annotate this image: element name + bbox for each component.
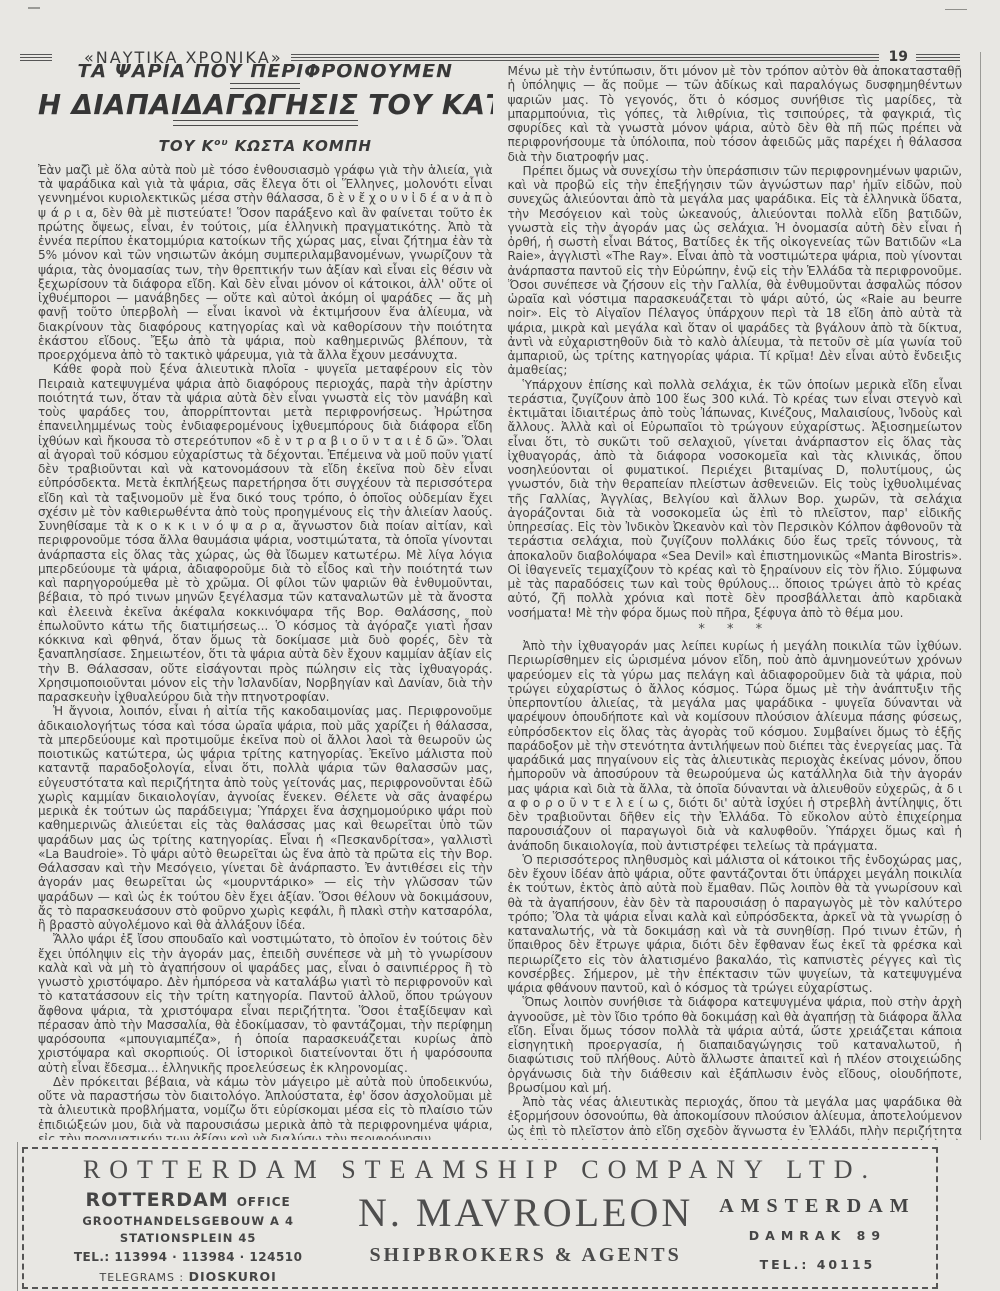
ad-content-row: ROTTERDAMOFFICE GROOTHANDELSGEBOUW A 4 S… bbox=[24, 1187, 936, 1284]
left-column: ΤΑ ΨΑΡΙΑ ΠΟΥ ΠΕΡΙΦΡΟΝΟΥΜΕΝ Η ΔΙΑΠΑΙΔΑΓΩΓ… bbox=[38, 64, 493, 1140]
article-paragraph: Πρέπει ὅμως νὰ συνεχίσω τὴν ὑπεράσπισιν … bbox=[508, 164, 963, 378]
ad-agent-name: N. MAVROLEON bbox=[352, 1189, 699, 1236]
magazine-page: «ΝΑΥΤΙΚΑ ΧΡΟΝΙΚΑ» 19 ΤΑ ΨΑΡΙΑ ΠΟΥ ΠΕΡΙΦΡ… bbox=[0, 0, 1000, 1291]
ad-rotterdam-office: ROTTERDAMOFFICE GROOTHANDELSGEBOUW A 4 S… bbox=[24, 1187, 352, 1284]
byline-author: ΚΩΣΤΑ ΚΟΜΠΗ bbox=[235, 137, 372, 155]
header-rule-middle bbox=[291, 54, 879, 61]
advertisement-box: ROTTERDAM STEAMSHIP COMPANY LTD. ROTTERD… bbox=[22, 1147, 938, 1289]
right-column: Μένω μὲ τὴν ἐντύπωσιν, ὅτι μόνον μὲ τὸν … bbox=[508, 64, 963, 1140]
header-rule-left bbox=[20, 54, 52, 61]
ad-agent-block: N. MAVROLEON SHIPBROKERS & AGENTS bbox=[352, 1187, 699, 1284]
section-separator: * * * bbox=[508, 623, 963, 637]
article-paragraph: Ἀπὸ τὴν ἰχθυαγοράν μας λείπει κυρίως ἡ μ… bbox=[508, 639, 963, 853]
article-paragraph: Ὅπως λοιπὸν συνήθισε τὰ διάφορα κατεψυγμ… bbox=[508, 995, 963, 1095]
article-paragraph: Ὁ περισσότερος πληθυσμὸς καὶ μάλιστα οἱ … bbox=[508, 853, 963, 996]
ad-amsterdam-tel: TEL.: 40115 bbox=[699, 1257, 936, 1272]
ad-amsterdam-address: DAMRAK 89 bbox=[699, 1228, 936, 1243]
ad-company-name: ROTTERDAM STEAMSHIP COMPANY LTD. bbox=[24, 1155, 936, 1185]
ad-rotterdam-address2: STATIONSPLEIN 45 bbox=[24, 1231, 352, 1245]
byline-superscript: ου bbox=[214, 138, 228, 148]
headline-block: ΤΑ ΨΑΡΙΑ ΠΟΥ ΠΕΡΙΦΡΟΝΟΥΜΕΝ Η ΔΙΑΠΑΙΔΑΓΩΓ… bbox=[38, 64, 493, 153]
page-number: 19 bbox=[889, 49, 908, 65]
article-paragraph: Ὑπάρχουν ἐπίσης καὶ πολλὰ σελάχια, ἐκ τῶ… bbox=[508, 378, 963, 620]
article-paragraph: Ἄλλο ψάρι ἐξ ἴσου σπουδαῖο καὶ νοστιμώτα… bbox=[38, 932, 493, 1075]
article-title: Η ΔΙΑΠΑΙΔΑΓΩΓΗΣΙΣ ΤΟΥ ΚΑΤΑΝΑΛΩΤΟΥ bbox=[38, 98, 493, 112]
scan-mark-top-left bbox=[28, 7, 40, 9]
ad-telegrams-label: TELEGRAMS : bbox=[99, 1271, 184, 1284]
ad-office-label: OFFICE bbox=[237, 1195, 291, 1209]
article-byline: ΤΟΥ Κου ΚΩΣΤΑ ΚΟΜΠΗ bbox=[38, 136, 493, 153]
ad-rotterdam-tel: TEL.: 113994 · 113984 · 124510 bbox=[24, 1250, 352, 1264]
ad-telegrams-code: DIOSKUROI bbox=[189, 1269, 277, 1284]
article-paragraph: Ἀπὸ τὰς νέας ἁλιευτικὰς περιοχάς, ὅπου τ… bbox=[508, 1095, 963, 1140]
ad-amsterdam-city: AMSTERDAM bbox=[699, 1195, 936, 1218]
article-paragraph: Δὲν πρόκειται βέβαια, νὰ κάμω τὸν μάγειρ… bbox=[38, 1075, 493, 1140]
article-paragraph: Μένω μὲ τὴν ἐντύπωσιν, ὅτι μόνον μὲ τὸν … bbox=[508, 64, 963, 164]
ad-agent-role: SHIPBROKERS & AGENTS bbox=[352, 1244, 699, 1267]
article-paragraph: Κάθε φορὰ ποὺ ξένα ἁλιευτικὰ πλοῖα - ψυγ… bbox=[38, 362, 493, 704]
scan-edge-left bbox=[17, 1142, 18, 1291]
byline-prefix: ΤΟΥ Κ bbox=[159, 137, 215, 155]
article-paragraph: Ἡ ἄγνοια, λοιπόν, εἶναι ἡ αἰτία τῆς κακο… bbox=[38, 704, 493, 932]
header-rule-right bbox=[916, 54, 960, 61]
article-paragraph: Ἐὰν μαζὶ μὲ ὅλα αὐτὰ ποὺ μὲ τόσο ἐνθουσι… bbox=[38, 163, 493, 363]
ad-rotterdam-address1: GROOTHANDELSGEBOUW A 4 bbox=[24, 1214, 352, 1228]
ad-amsterdam-office: AMSTERDAM DAMRAK 89 TEL.: 40115 bbox=[699, 1187, 936, 1284]
scan-mark-top-right bbox=[945, 9, 967, 10]
article-kicker: ΤΑ ΨΑΡΙΑ ΠΟΥ ΠΕΡΙΦΡΟΝΟΥΜΕΝ bbox=[38, 64, 493, 78]
article-body: ΤΑ ΨΑΡΙΑ ΠΟΥ ΠΕΡΙΦΡΟΝΟΥΜΕΝ Η ΔΙΑΠΑΙΔΑΓΩΓ… bbox=[38, 64, 962, 1140]
ad-telegrams-line: TELEGRAMS : DIOSKUROI bbox=[24, 1269, 352, 1284]
scan-edge-right bbox=[980, 52, 981, 1140]
ad-rotterdam-city: ROTTERDAM bbox=[86, 1189, 229, 1211]
